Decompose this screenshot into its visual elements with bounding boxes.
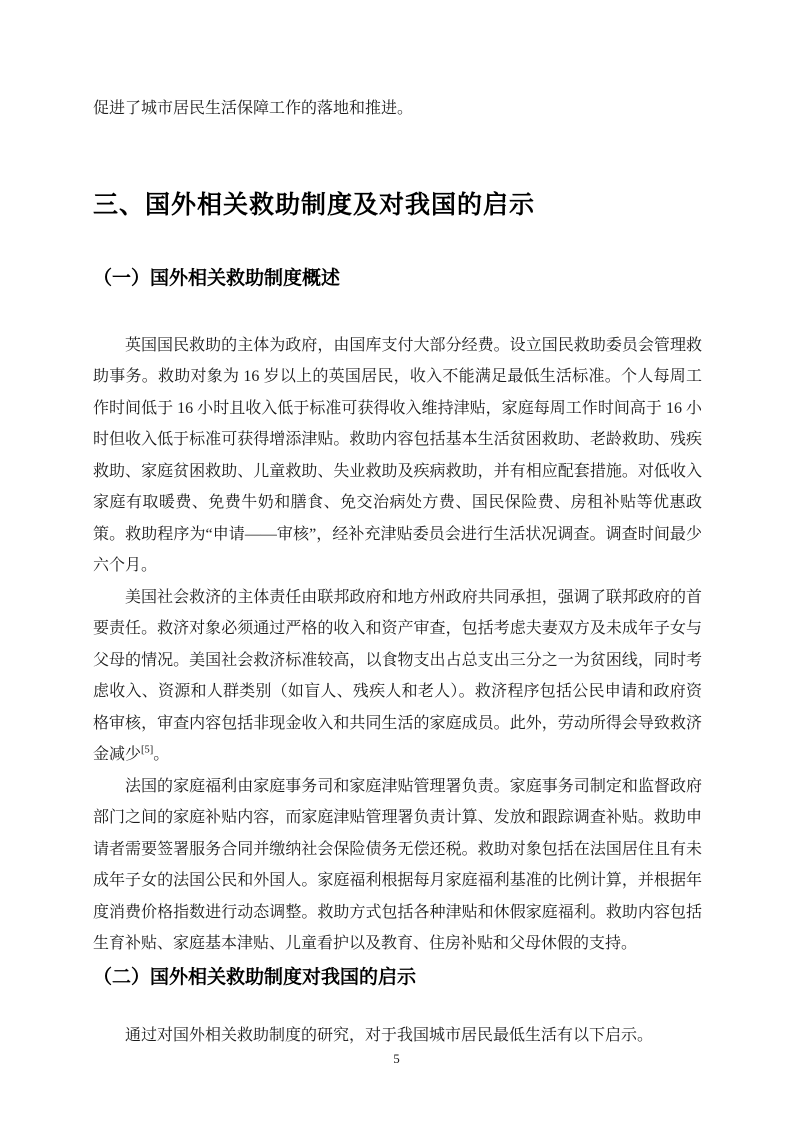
paragraph-us-closing-text: 。 bbox=[153, 746, 169, 763]
paragraph-continuation: 促进了城市居民生活保障工作的落地和推进。 bbox=[93, 93, 702, 125]
paragraph-us-relief-system: 美国社会救济的主体责任由联邦政府和地方州政府共同承担，强调了联邦政府的首要责任。… bbox=[93, 582, 702, 771]
paragraph-conclusion-intro: 通过对国外相关救助制度的研究，对于我国城市居民最低生活有以下启示。 bbox=[93, 1020, 702, 1052]
heading-subsection-two: （二）国外相关救助制度对我国的启示 bbox=[93, 964, 702, 992]
page-number: 5 bbox=[0, 1051, 793, 1067]
heading-section-three: 三、国外相关救助制度及对我国的启示 bbox=[93, 187, 702, 223]
footnote-reference-5: [5] bbox=[141, 745, 153, 756]
heading-subsection-one: （一）国外相关救助制度概述 bbox=[93, 265, 702, 293]
paragraph-uk-relief-system: 英国国民救助的主体为政府，由国库支付大部分经费。设立国民救助委员会管理救助事务。… bbox=[93, 330, 702, 582]
paragraph-us-main-text: 美国社会救济的主体责任由联邦政府和地方州政府共同承担，强调了联邦政府的首要责任。… bbox=[93, 589, 702, 764]
paragraph-france-relief-system: 法国的家庭福利由家庭事务司和家庭津贴管理署负责。家庭事务司制定和监督政府部门之间… bbox=[93, 771, 702, 960]
document-page: 促进了城市居民生活保障工作的落地和推进。 三、国外相关救助制度及对我国的启示 （… bbox=[0, 0, 793, 1122]
